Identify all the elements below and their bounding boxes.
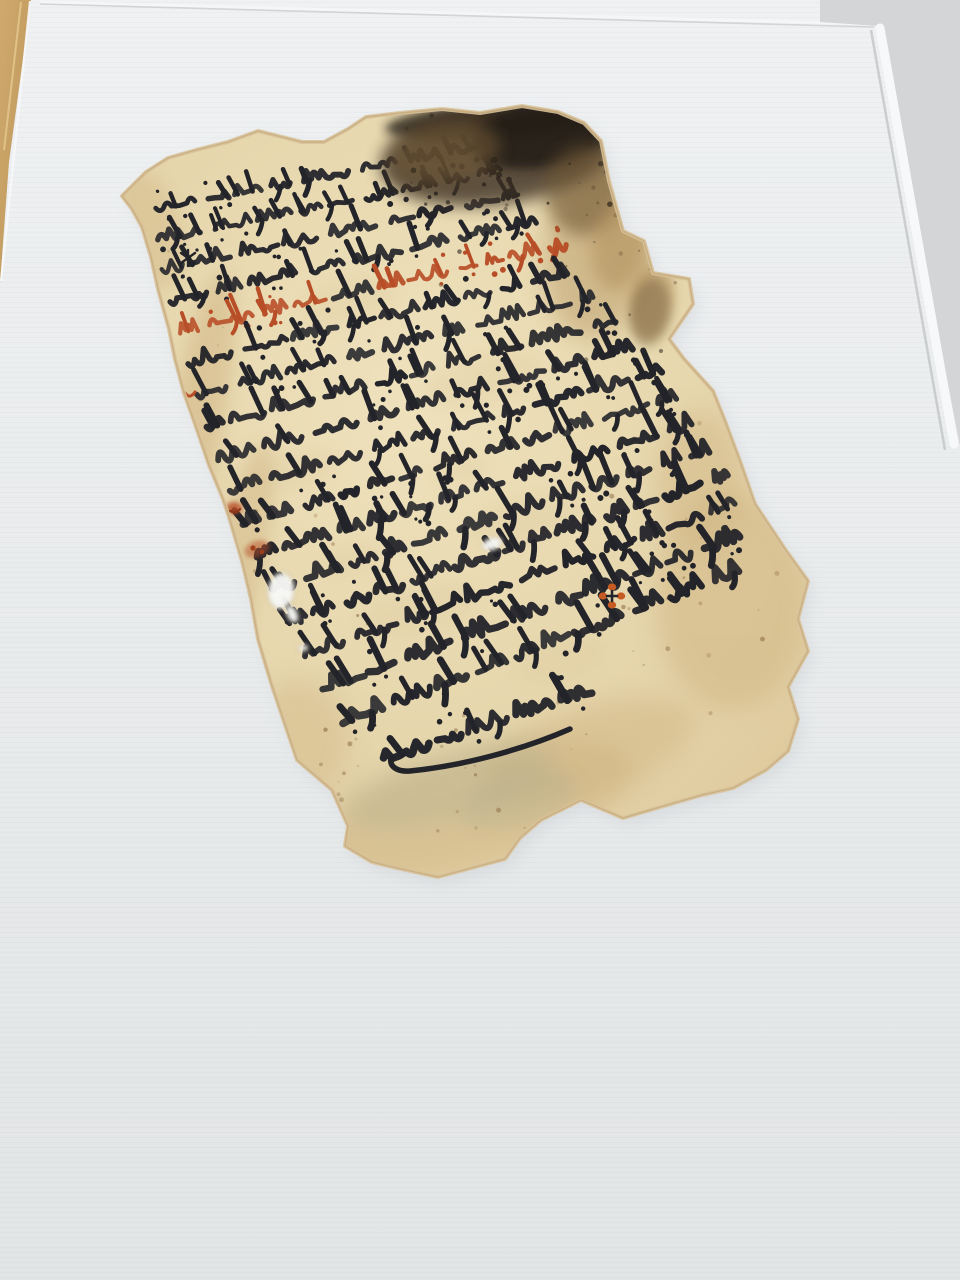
photograph [0, 0, 960, 1280]
photo-scene [0, 0, 960, 1280]
